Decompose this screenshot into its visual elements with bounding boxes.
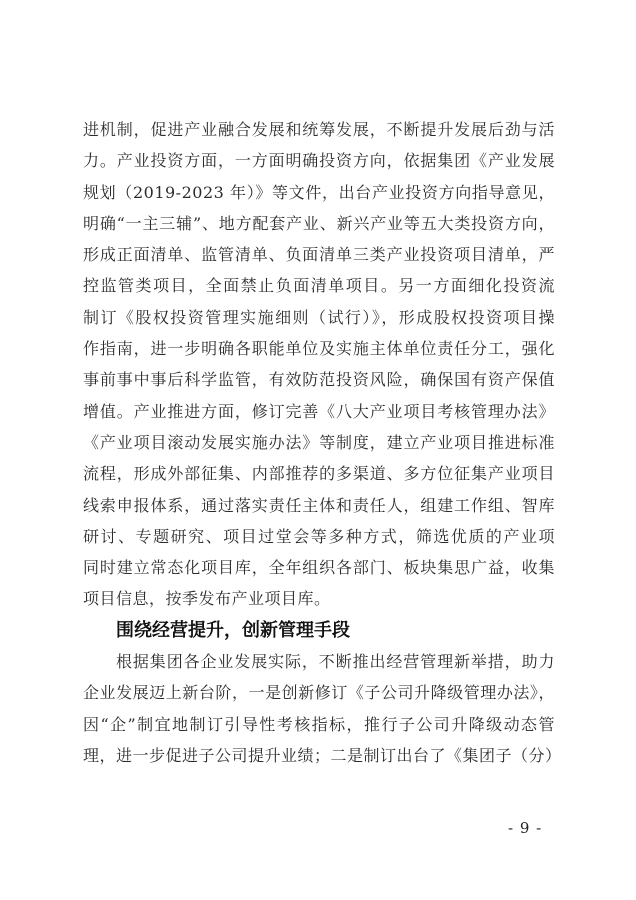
text-line: 根据集团各企业发展实际，不断推出经营管理新举措，助力 (83, 646, 555, 677)
text-line: 事前事中事后科学监管，有效防范投资风险，确保国有资产保值 (83, 364, 555, 395)
text-line: 因“企”制宜地制订引导性考核指标，推行子公司升降级动态管 (83, 709, 555, 740)
text-line: 《产业项目滚动发展实施办法》等制度，建立产业项目推进标准 (83, 427, 555, 458)
page-body-text: 进机制，促进产业融合发展和统筹发展，不断提升发展后劲与活力。产业投资方面，一方面… (83, 114, 555, 771)
text-line: 流程，形成外部征集、内部推荐的多渠道、多方位征集产业项目 (83, 458, 555, 489)
text-line: 项目信息，按季发布产业项目库。 (83, 583, 555, 614)
paragraph: 进机制，促进产业融合发展和统筹发展，不断提升发展后劲与活力。产业投资方面，一方面… (83, 114, 555, 615)
text-line: 明确“一主三辅”、地方配套产业、新兴产业等五大类投资方向， (83, 208, 555, 239)
paragraph: 根据集团各企业发展实际，不断推出经营管理新举措，助力企业发展迈上新台阶，一是创新… (83, 646, 555, 771)
text-line: 作指南，进一步明确各职能单位及实施主体单位责任分工，强化 (83, 333, 555, 364)
text-line: 研讨、专题研究、项目过堂会等多种方式，筛选优质的产业项目， (83, 521, 555, 552)
page-number: - 9 - (508, 819, 542, 837)
text-line: 线索申报体系，通过落实责任主体和责任人，组建工作组、智库 (83, 490, 555, 521)
text-line: 理，进一步促进子公司提升业绩；二是制订出台了《集团子（分） (83, 740, 555, 771)
text-line: 进机制，促进产业融合发展和统筹发展，不断提升发展后劲与活 (83, 114, 555, 145)
text-line: 增值。产业推进方面，修订完善《八大产业项目考核管理办法》 (83, 396, 555, 427)
text-line: 同时建立常态化项目库，全年组织各部门、板块集思广益，收集 (83, 552, 555, 583)
document-page: 进机制，促进产业融合发展和统筹发展，不断提升发展后劲与活力。产业投资方面，一方面… (0, 0, 636, 900)
text-line: 规划（2019-2023 年）》等文件，出台产业投资方向指导意见， (83, 177, 555, 208)
text-line: 企业发展迈上新台阶，一是创新修订《子公司升降级管理办法》， (83, 677, 555, 708)
text-line: 制订《股权投资管理实施细则（试行）》，形成股权投资项目操 (83, 302, 555, 333)
section-heading: 围绕经营提升，创新管理手段 (83, 615, 555, 646)
text-line: 形成正面清单、监管清单、负面清单三类产业投资项目清单，严 (83, 239, 555, 270)
text-line: 力。产业投资方面，一方面明确投资方向，依据集团《产业发展 (83, 145, 555, 176)
text-line: 控监管类项目，全面禁止负面清单项目。另一方面细化投资流程， (83, 270, 555, 301)
